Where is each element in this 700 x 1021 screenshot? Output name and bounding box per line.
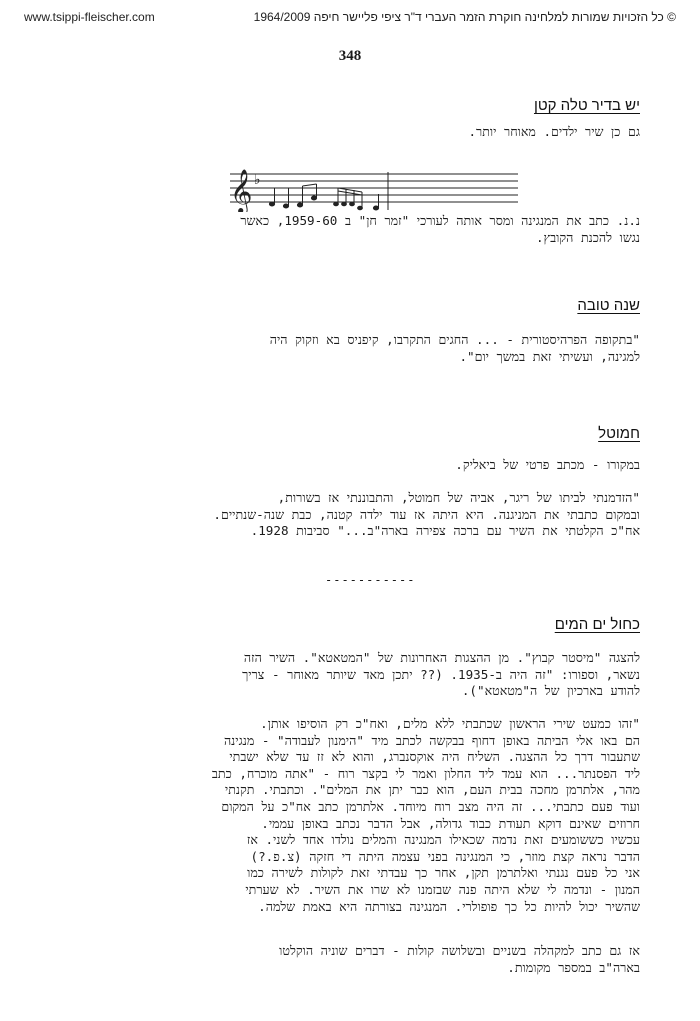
paragraph: במקורו - מכתב פרטי של ביאליק.: [40, 457, 640, 474]
copyright-notice: © כל הזכויות שמורות למלחינה חוקרת הזמר ה…: [254, 10, 676, 24]
paragraph: אז גם כתב למקהלה בשניים ובשלושה קולות - …: [40, 943, 640, 976]
section-title: יש בדיר טלה קטן: [534, 97, 640, 114]
paragraph: "בתקופה הפרהיסטורית - ... החגים התקרבו, …: [40, 332, 640, 365]
section-title: כחול ים המים: [555, 616, 640, 633]
paragraph: נ.נ. כתב את המנגינה ומסר אותה לעורכי "זמ…: [40, 213, 640, 246]
page-number: 348: [0, 48, 700, 65]
separator-line: -----------: [325, 573, 415, 587]
paragraph: גם כן שיר ילדים. מאוחר יותר.: [40, 124, 640, 141]
music-staff-snippet: 𝄞 ♭: [228, 160, 518, 212]
paragraph: "זהו כמעט שירי הראשון שכתבתי ללא מלים, ו…: [40, 716, 640, 915]
site-url[interactable]: www.tsippi-fleischer.com: [24, 10, 155, 24]
paragraph: להצגה "מיסטר קבוץ". מן ההצגות האחרונות ש…: [40, 650, 640, 700]
section-title: שנה טובה: [577, 297, 640, 314]
section-title: חמוטל: [598, 425, 640, 442]
svg-text:♭: ♭: [254, 172, 261, 188]
paragraph: "הזדמנתי לביתו של ריגר, אביה של חמוטל, ו…: [40, 490, 640, 540]
svg-text:𝄞: 𝄞: [230, 169, 252, 212]
